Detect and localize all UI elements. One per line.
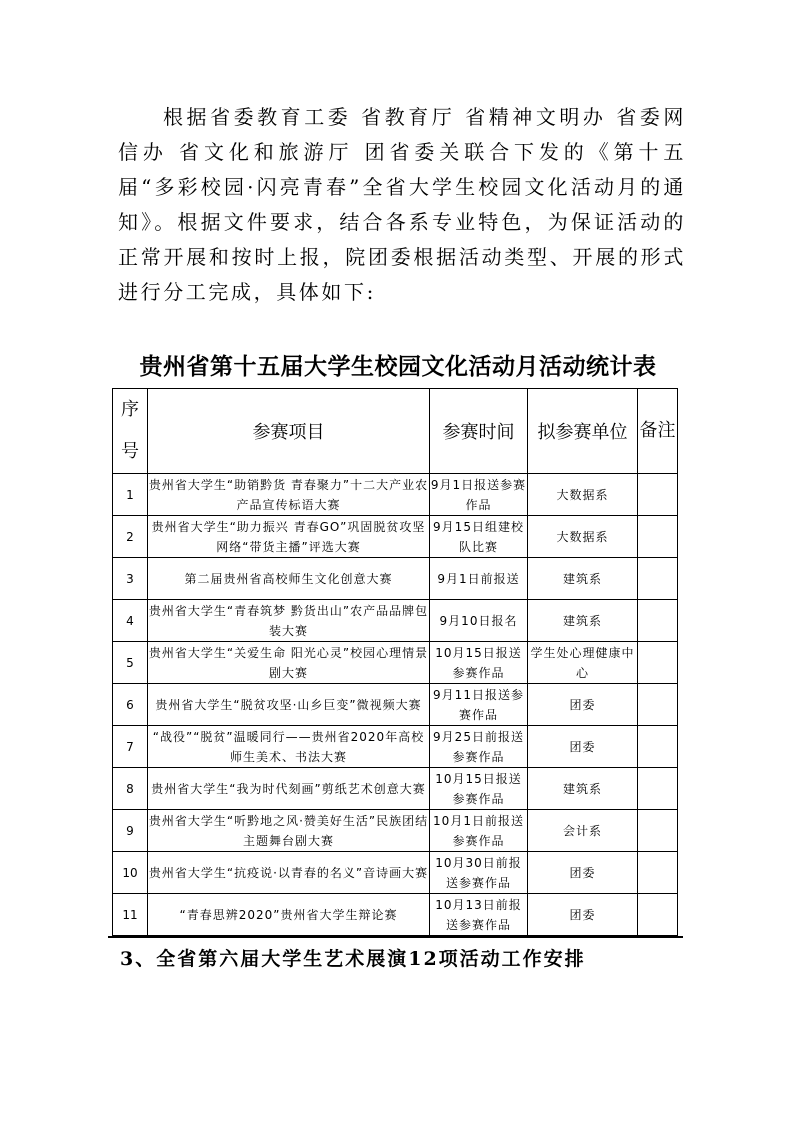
table-bottom-rule <box>108 936 683 938</box>
cell-unit: 团委 <box>528 894 638 936</box>
cell-unit: 大数据系 <box>528 516 638 558</box>
table-row: 9 贵州省大学生“听黔地之风·赞美好生活”民族团结主题舞台剧大赛 10月1日前报… <box>113 810 678 852</box>
cell-time: 9月10日报名 <box>430 600 528 642</box>
table-title: 贵州省第十五届大学生校园文化活动月活动统计表 <box>112 348 684 381</box>
cell-note <box>638 810 678 852</box>
cell-unit: 建筑系 <box>528 558 638 600</box>
intro-text: 根据省委教育工委 省教育厅 省精神文明办 省委网信办 省文化和旅游厅 团省委关联… <box>118 100 686 310</box>
table-header-row: 序号 参赛项目 参赛时间 拟参赛单位 备注 <box>113 389 678 474</box>
cell-no: 11 <box>113 894 148 936</box>
activity-stats-table: 序号 参赛项目 参赛时间 拟参赛单位 备注 1 贵州省大学生“助销黔货 青春聚力… <box>112 388 678 936</box>
cell-time: 9月15日组建校队比赛 <box>430 516 528 558</box>
table-row: 11 “青春思辨2020”贵州省大学生辩论赛 10月13日前报送参赛作品 团委 <box>113 894 678 936</box>
cell-time: 10月13日前报送参赛作品 <box>430 894 528 936</box>
cell-item: 第二届贵州省高校师生文化创意大赛 <box>148 558 430 600</box>
cell-no: 2 <box>113 516 148 558</box>
header-item: 参赛项目 <box>148 389 430 474</box>
table-row: 4 贵州省大学生“青春筑梦 黔货出山”农产品品牌包装大赛 9月10日报名 建筑系 <box>113 600 678 642</box>
cell-time: 9月11日报送参赛作品 <box>430 684 528 726</box>
cell-note <box>638 642 678 684</box>
cell-unit: 会计系 <box>528 810 638 852</box>
table-row: 3 第二届贵州省高校师生文化创意大赛 9月1日前报送 建筑系 <box>113 558 678 600</box>
cell-item: 贵州省大学生“助力振兴 青春GO”巩固脱贫攻坚网络“带货主播”评选大赛 <box>148 516 430 558</box>
cell-item: 贵州省大学生“助销黔货 青春聚力”十二大产业农产品宣传标语大赛 <box>148 474 430 516</box>
cell-unit: 建筑系 <box>528 600 638 642</box>
cell-note <box>638 558 678 600</box>
section-heading: 3、全省第六届大学生艺术展演12项活动工作安排 <box>120 944 586 971</box>
cell-item: “战役”“脱贫”温暖同行——贵州省2020年高校师生美术、书法大赛 <box>148 726 430 768</box>
cell-no: 7 <box>113 726 148 768</box>
header-note: 备注 <box>638 389 678 474</box>
cell-unit: 团委 <box>528 726 638 768</box>
table-row: 10 贵州省大学生“抗疫说·以青春的名义”音诗画大赛 10月30日前报送参赛作品… <box>113 852 678 894</box>
header-time: 参赛时间 <box>430 389 528 474</box>
cell-note <box>638 516 678 558</box>
cell-time: 10月1日前报送参赛作品 <box>430 810 528 852</box>
cell-item: 贵州省大学生“青春筑梦 黔货出山”农产品品牌包装大赛 <box>148 600 430 642</box>
table-row: 8 贵州省大学生“我为时代刻画”剪纸艺术创意大赛 10月15日报送参赛作品 建筑… <box>113 768 678 810</box>
cell-no: 9 <box>113 810 148 852</box>
cell-note <box>638 474 678 516</box>
cell-time: 10月15日报送参赛作品 <box>430 768 528 810</box>
cell-item: 贵州省大学生“关爱生命 阳光心灵”校园心理情景剧大赛 <box>148 642 430 684</box>
cell-no: 6 <box>113 684 148 726</box>
table-row: 2 贵州省大学生“助力振兴 青春GO”巩固脱贫攻坚网络“带货主播”评选大赛 9月… <box>113 516 678 558</box>
cell-note <box>638 684 678 726</box>
cell-unit: 团委 <box>528 684 638 726</box>
cell-no: 10 <box>113 852 148 894</box>
cell-note <box>638 726 678 768</box>
cell-time: 10月15日报送参赛作品 <box>430 642 528 684</box>
table-row: 7 “战役”“脱贫”温暖同行——贵州省2020年高校师生美术、书法大赛 9月25… <box>113 726 678 768</box>
cell-unit: 团委 <box>528 852 638 894</box>
cell-item: 贵州省大学生“抗疫说·以青春的名义”音诗画大赛 <box>148 852 430 894</box>
cell-unit: 学生处心理健康中心 <box>528 642 638 684</box>
cell-time: 9月1日报送参赛作品 <box>430 474 528 516</box>
cell-note <box>638 894 678 936</box>
table-row: 1 贵州省大学生“助销黔货 青春聚力”十二大产业农产品宣传标语大赛 9月1日报送… <box>113 474 678 516</box>
cell-time: 9月25日前报送参赛作品 <box>430 726 528 768</box>
header-no: 序号 <box>113 389 148 474</box>
cell-note <box>638 600 678 642</box>
cell-item: 贵州省大学生“听黔地之风·赞美好生活”民族团结主题舞台剧大赛 <box>148 810 430 852</box>
header-unit: 拟参赛单位 <box>528 389 638 474</box>
cell-no: 3 <box>113 558 148 600</box>
cell-no: 5 <box>113 642 148 684</box>
cell-item: “青春思辨2020”贵州省大学生辩论赛 <box>148 894 430 936</box>
cell-no: 1 <box>113 474 148 516</box>
cell-note <box>638 852 678 894</box>
cell-time: 10月30日前报送参赛作品 <box>430 852 528 894</box>
cell-unit: 大数据系 <box>528 474 638 516</box>
cell-note <box>638 768 678 810</box>
cell-no: 8 <box>113 768 148 810</box>
cell-item: 贵州省大学生“我为时代刻画”剪纸艺术创意大赛 <box>148 768 430 810</box>
intro-paragraph: 根据省委教育工委 省教育厅 省精神文明办 省委网信办 省文化和旅游厅 团省委关联… <box>118 100 686 310</box>
table-row: 6 贵州省大学生“脱贫攻坚·山乡巨变”微视频大赛 9月11日报送参赛作品 团委 <box>113 684 678 726</box>
cell-no: 4 <box>113 600 148 642</box>
cell-item: 贵州省大学生“脱贫攻坚·山乡巨变”微视频大赛 <box>148 684 430 726</box>
table-row: 5 贵州省大学生“关爱生命 阳光心灵”校园心理情景剧大赛 10月15日报送参赛作… <box>113 642 678 684</box>
cell-unit: 建筑系 <box>528 768 638 810</box>
cell-time: 9月1日前报送 <box>430 558 528 600</box>
